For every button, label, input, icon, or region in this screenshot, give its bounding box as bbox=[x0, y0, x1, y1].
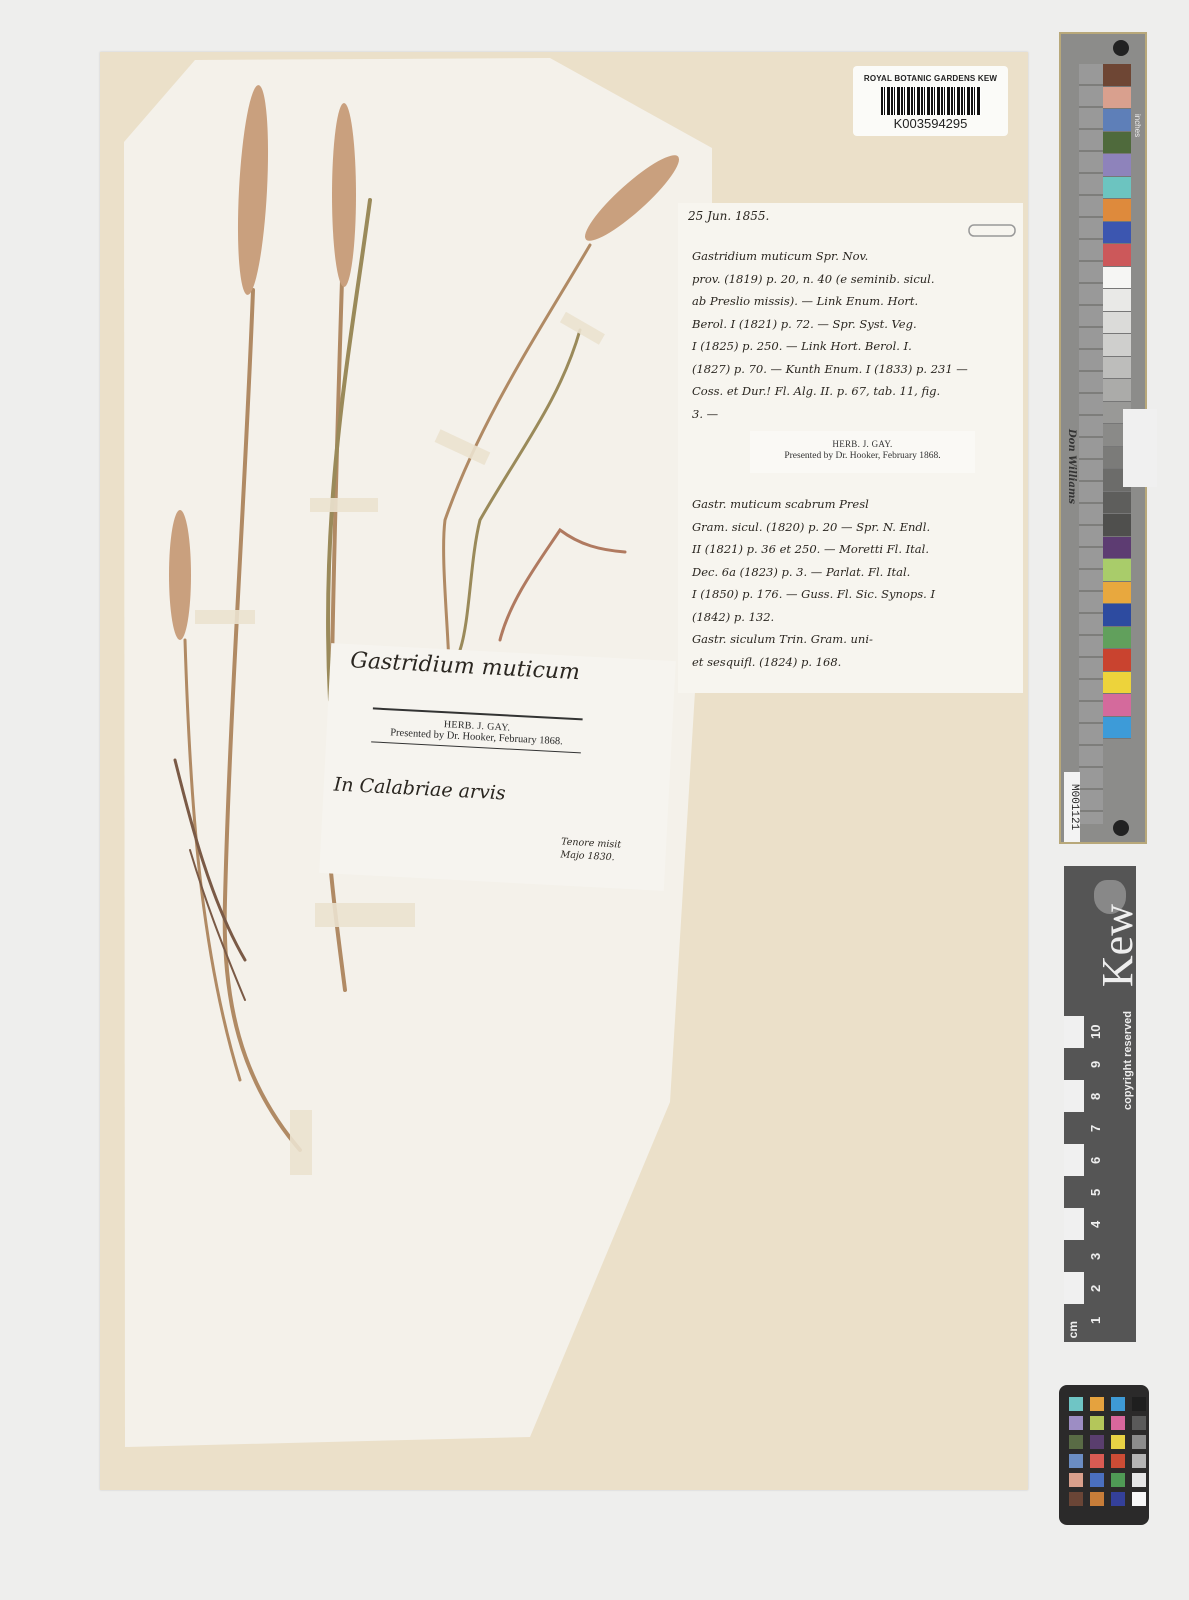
tick-label: 5 bbox=[1088, 1176, 1103, 1208]
color-swatch bbox=[1103, 177, 1131, 200]
checker-patch bbox=[1132, 1416, 1146, 1430]
color-swatch bbox=[1103, 334, 1131, 357]
checker-patch bbox=[1111, 1473, 1125, 1487]
dried-plant-icon bbox=[0, 0, 700, 1250]
stamp-line-1: HERB. J. GAY. bbox=[750, 439, 975, 449]
tick-label: 9 bbox=[1088, 1048, 1103, 1080]
note-line: II (1821) p. 36 et 250. — Moretti Fl. It… bbox=[692, 538, 1012, 561]
note-line: 3. — bbox=[692, 403, 1012, 426]
note-line: I (1850) p. 176. — Guss. Fl. Sic. Synops… bbox=[692, 583, 1012, 606]
barcode-label: ROYAL BOTANIC GARDENS KEW K003594295 bbox=[853, 66, 1008, 136]
tick-label: 2 bbox=[1088, 1272, 1103, 1304]
checker-patch bbox=[1090, 1416, 1104, 1430]
stamp-line-2: Presented by Dr. Hooker, February 1868. bbox=[750, 451, 975, 461]
checker-patch bbox=[1111, 1416, 1125, 1430]
checker-patch bbox=[1111, 1435, 1125, 1449]
note-line: (1842) p. 132. bbox=[692, 606, 1012, 629]
checker-patch bbox=[1132, 1454, 1146, 1468]
annotation-notes-1: Gastridium muticum Spr. Nov. prov. (1819… bbox=[692, 245, 1012, 425]
color-swatch bbox=[1103, 604, 1131, 627]
note-line: I (1825) p. 250. — Link Hort. Berol. I. bbox=[692, 335, 1012, 358]
note-line: Gram. sicul. (1820) p. 20 — Spr. N. Endl… bbox=[692, 516, 1012, 539]
color-swatch bbox=[1103, 649, 1131, 672]
color-swatch bbox=[1103, 87, 1131, 110]
checker-patch bbox=[1069, 1416, 1083, 1430]
checker-patch bbox=[1090, 1397, 1104, 1411]
note-line: Gastridium muticum Spr. Nov. bbox=[692, 245, 1012, 268]
annotation-label: 25 Jun. 1855. Gastridium muticum Spr. No… bbox=[678, 203, 1023, 693]
color-swatch bbox=[1103, 312, 1131, 335]
hole-icon bbox=[1113, 40, 1129, 56]
institution-name: ROYAL BOTANIC GARDENS KEW bbox=[853, 74, 1008, 83]
color-swatches bbox=[1103, 64, 1131, 739]
kew-scale-bar: Kew copyright reserved 10 9 8 7 6 5 4 3 … bbox=[1064, 866, 1136, 1342]
tick-label: 4 bbox=[1088, 1208, 1103, 1240]
unit-label: cm bbox=[1066, 1321, 1080, 1338]
color-swatch bbox=[1103, 289, 1131, 312]
paperclip-icon bbox=[968, 223, 1018, 239]
checker-patch bbox=[1132, 1435, 1146, 1449]
tick-label: 1 bbox=[1088, 1304, 1103, 1336]
color-swatch bbox=[1103, 379, 1131, 402]
color-swatch bbox=[1103, 357, 1131, 380]
unit-label: inches bbox=[1133, 114, 1142, 137]
kew-wordmark: Kew bbox=[1092, 904, 1143, 987]
color-swatch bbox=[1103, 64, 1131, 87]
copyright-label: copyright reserved bbox=[1122, 1011, 1134, 1110]
collector-note: Tenore misit Majo 1830. bbox=[560, 835, 621, 864]
checker-patch bbox=[1069, 1397, 1083, 1411]
checker-patch bbox=[1090, 1435, 1104, 1449]
note-line: Gastr. siculum Trin. Gram. uni- bbox=[692, 628, 1012, 651]
collector-line-2: Majo 1830. bbox=[560, 848, 621, 864]
annotation-notes-2: Gastr. muticum scabrum Presl Gram. sicul… bbox=[692, 493, 1012, 673]
note-line: (1827) p. 70. — Kunth Enum. I (1833) p. … bbox=[692, 358, 1012, 381]
checker-patch bbox=[1069, 1435, 1083, 1449]
color-swatch bbox=[1103, 267, 1131, 290]
checker-patch bbox=[1132, 1397, 1146, 1411]
tick-label: 7 bbox=[1088, 1112, 1103, 1144]
note-line: Gastr. muticum scabrum Presl bbox=[692, 493, 1012, 516]
color-swatch bbox=[1103, 199, 1131, 222]
color-swatch bbox=[1103, 717, 1131, 740]
note-line: et sesquifl. (1824) p. 168. bbox=[692, 651, 1012, 674]
color-swatch bbox=[1103, 627, 1131, 650]
color-swatch bbox=[1103, 222, 1131, 245]
barcode-number: K003594295 bbox=[853, 116, 1008, 131]
color-swatch bbox=[1103, 672, 1131, 695]
color-swatch bbox=[1103, 492, 1131, 515]
checker-patch bbox=[1090, 1454, 1104, 1468]
color-swatch bbox=[1103, 559, 1131, 582]
density-scale bbox=[1079, 64, 1103, 824]
color-swatch bbox=[1103, 694, 1131, 717]
tick-label: 10 bbox=[1088, 1016, 1103, 1048]
barcode-icon bbox=[881, 87, 981, 115]
checker-patch bbox=[1069, 1492, 1083, 1506]
color-swatch bbox=[1103, 154, 1131, 177]
color-checker-card bbox=[1059, 1385, 1149, 1525]
color-swatch bbox=[1103, 244, 1131, 267]
checker-patch bbox=[1090, 1492, 1104, 1506]
tick-label: 6 bbox=[1088, 1144, 1103, 1176]
kew-logo: Kew bbox=[1064, 874, 1136, 1004]
checker-patch bbox=[1090, 1473, 1104, 1487]
color-swatch bbox=[1103, 537, 1131, 560]
color-swatch bbox=[1103, 514, 1131, 537]
checker-patch bbox=[1132, 1492, 1146, 1506]
checker-patch bbox=[1132, 1473, 1146, 1487]
brand-label: Don Williams bbox=[1066, 429, 1077, 504]
checker-patch bbox=[1069, 1473, 1083, 1487]
note-line: Dec. 6a (1823) p. 3. — Parlat. Fl. Ital. bbox=[692, 561, 1012, 584]
color-swatch bbox=[1103, 109, 1131, 132]
checker-patch bbox=[1111, 1454, 1125, 1468]
tick-label: 3 bbox=[1088, 1240, 1103, 1272]
herbarium-stamp: HERB. J. GAY. Presented by Dr. Hooker, F… bbox=[750, 431, 975, 473]
color-swatch bbox=[1103, 132, 1131, 155]
tick-label: 8 bbox=[1088, 1080, 1103, 1112]
cm-ruler bbox=[1064, 1016, 1084, 1336]
specimen-label: Gastridium muticum HERB. J. GAY. Present… bbox=[319, 643, 676, 891]
ruler-numbers: 10 9 8 7 6 5 4 3 2 1 bbox=[1088, 1016, 1106, 1336]
color-calibration-bar: inches Don Williams M001121 bbox=[1059, 32, 1147, 844]
checker-patch bbox=[1111, 1397, 1125, 1411]
note-line: prov. (1819) p. 20, n. 40 (e seminib. si… bbox=[692, 268, 1012, 291]
taxon-name: Gastridium muticum bbox=[350, 648, 581, 685]
hole-icon bbox=[1113, 820, 1129, 836]
note-line: Coss. et Dur.! Fl. Alg. II. p. 67, tab. … bbox=[692, 380, 1012, 403]
color-swatch bbox=[1103, 582, 1131, 605]
bar-id: M001121 bbox=[1064, 772, 1080, 842]
herbarium-stamp: HERB. J. GAY. Presented by Dr. Hooker, F… bbox=[371, 707, 583, 753]
note-line: ab Preslio missis). — Link Enum. Hort. bbox=[692, 290, 1012, 313]
locality: In Calabriae arvis bbox=[333, 773, 506, 804]
checker-patch bbox=[1111, 1492, 1125, 1506]
color-checker-grid bbox=[1069, 1397, 1146, 1506]
annotation-date: 25 Jun. 1855. bbox=[688, 209, 769, 223]
checker-patch bbox=[1069, 1454, 1083, 1468]
note-line: Berol. I (1821) p. 72. — Spr. Syst. Veg. bbox=[692, 313, 1012, 336]
resolution-target bbox=[1123, 409, 1157, 487]
